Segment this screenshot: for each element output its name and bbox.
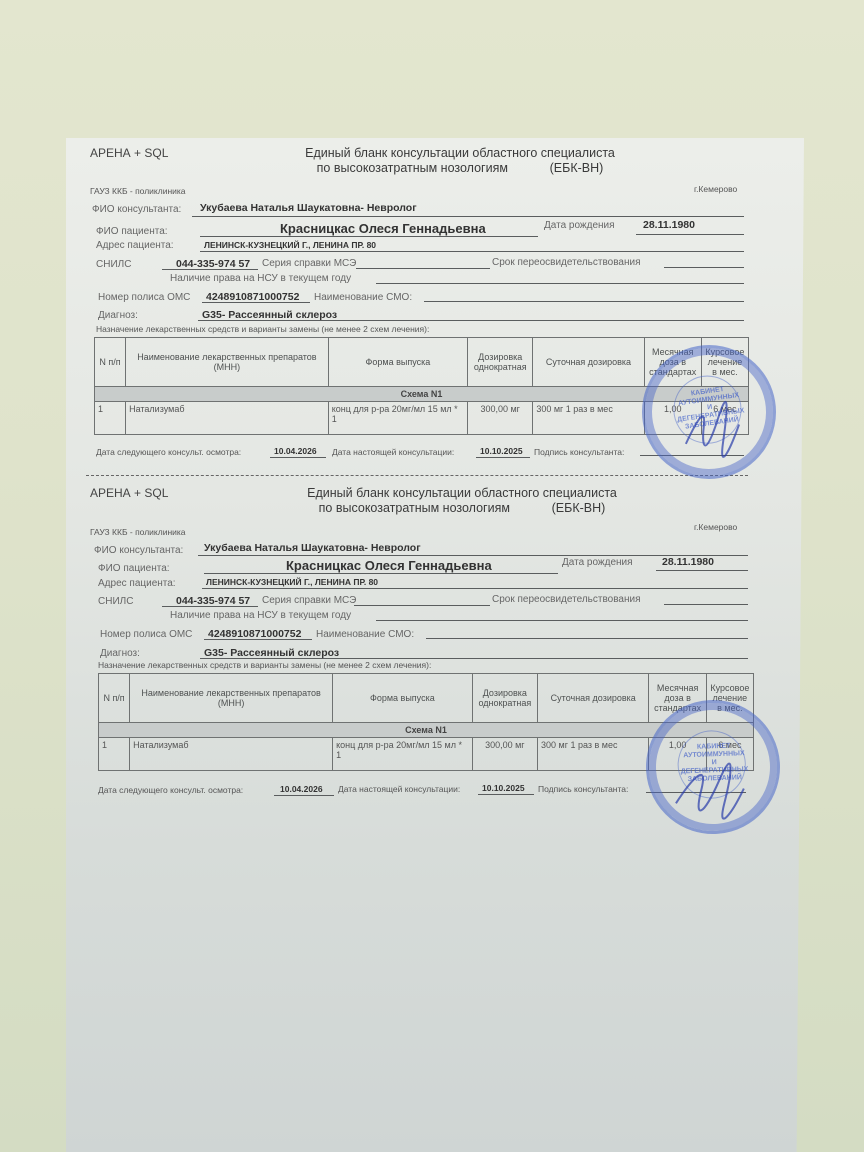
cell-single-dose: 300,00 мг — [468, 402, 533, 435]
birth-label: Дата рождения — [544, 220, 615, 231]
reexam-field[interactable] — [664, 604, 748, 605]
diagnosis-label: Диагноз: — [98, 310, 138, 321]
next-exam-value: 10.04.2026 — [274, 446, 317, 456]
prescription-caption: Назначение лекарственных средств и вариа… — [98, 660, 431, 670]
consultant-value: Укубаева Наталья Шаукатовна- Невролог — [200, 202, 417, 214]
patient-value: Красницкас Олеся Геннадьевна — [286, 558, 492, 573]
form-title: Единый бланк консультации областного спе… — [292, 486, 632, 516]
birth-underline — [656, 570, 748, 571]
snils-label: СНИЛС — [98, 596, 133, 607]
birth-value: 28.11.1980 — [662, 556, 714, 568]
birth-underline — [636, 234, 744, 235]
smo-field[interactable] — [424, 301, 744, 302]
cell-release-form: конц для р-ра 20мг/мл 15 мл * 1 — [333, 738, 473, 771]
diagnosis-label: Диагноз: — [100, 648, 140, 659]
prescription-caption: Назначение лекарственных средств и вариа… — [96, 324, 429, 334]
next-exam-underline — [274, 795, 334, 796]
cell-daily-dose: 300 мг 1 раз в мес — [533, 402, 644, 435]
patient-label: ФИО пациента: — [96, 226, 168, 237]
patient-label: ФИО пациента: — [98, 563, 170, 574]
mse-label: Серия справки МСЭ — [262, 258, 356, 269]
mse-field[interactable] — [354, 605, 490, 606]
col-header-release-form: Форма выпуска — [333, 674, 473, 723]
oms-label: Номер полиса ОМС — [98, 292, 190, 303]
nsu-field[interactable] — [376, 620, 748, 621]
col-header-single-dose: Дозировка однократная — [472, 674, 537, 723]
form-title: Единый бланк консультации областного спе… — [290, 146, 630, 176]
paper-sheet — [66, 138, 804, 1152]
col-header-drug-name: Наименование лекарственных препаратов (М… — [130, 674, 333, 723]
cell-drug-name: Натализумаб — [130, 738, 333, 771]
table-header-row: N п/п Наименование лекарственных препара… — [99, 674, 754, 723]
current-consult-value: 10.10.2025 — [480, 446, 523, 456]
address-label: Адрес пациента: — [96, 240, 174, 251]
form-title-line2: по высокозатратным нозологиям (ЕБК-ВН) — [292, 501, 632, 516]
nsu-label: Наличие права на НСУ в текущем году — [170, 273, 351, 284]
cut-line — [86, 475, 748, 476]
cell-single-dose: 300,00 мг — [472, 738, 537, 771]
consultant-value: Укубаева Наталья Шаукатовна- Невролог — [204, 542, 421, 554]
mse-label: Серия справки МСЭ — [262, 595, 356, 606]
form-code: (ЕБК-ВН) — [552, 501, 606, 515]
next-exam-value: 10.04.2026 — [280, 784, 323, 794]
cell-daily-dose: 300 мг 1 раз в мес — [537, 738, 649, 771]
form-title-line1: Единый бланк консультации областного спе… — [290, 146, 630, 161]
cell-drug-name: Натализумаб — [126, 402, 329, 435]
col-header-daily-dose: Суточная дозировка — [533, 338, 644, 387]
smo-label: Наименование СМО: — [316, 629, 414, 640]
app-name: АРЕНА + SQL — [90, 146, 168, 160]
oms-underline — [202, 302, 310, 303]
reexam-label: Срок переосвидетельствования — [492, 257, 641, 268]
nsu-field[interactable] — [376, 283, 744, 284]
next-exam-label: Дата следующего консульт. осмотра: — [96, 447, 241, 457]
institution: ГАУЗ ККБ - поликлиника — [90, 527, 186, 537]
city: г.Кемерово — [694, 184, 737, 194]
address-value: ЛЕНИНСК-КУЗНЕЦКИЙ Г., ЛЕНИНА ПР. 80 — [206, 577, 378, 587]
snils-underline — [162, 269, 258, 270]
current-consult-label: Дата настоящей консультации: — [332, 447, 454, 457]
oms-label: Номер полиса ОМС — [100, 629, 192, 640]
institution: ГАУЗ ККБ - поликлиника — [90, 186, 186, 196]
reexam-field[interactable] — [664, 267, 744, 268]
col-header-number: N п/п — [95, 338, 126, 387]
col-header-drug-name: Наименование лекарственных препаратов (М… — [126, 338, 329, 387]
nsu-label: Наличие права на НСУ в текущем году — [170, 610, 351, 621]
diagnosis-underline — [200, 658, 748, 659]
current-consult-value: 10.10.2025 — [482, 783, 525, 793]
next-exam-underline — [270, 457, 326, 458]
oms-underline — [204, 639, 312, 640]
patient-underline — [204, 573, 558, 574]
patient-underline — [200, 236, 538, 237]
signature-label: Подпись консультанта: — [538, 784, 628, 794]
reexam-label: Срок переосвидетельствования — [492, 594, 641, 605]
form-title-line2: по высокозатратным нозологиям (ЕБК-ВН) — [290, 161, 630, 176]
cell-number: 1 — [99, 738, 130, 771]
signature-label: Подпись консультанта: — [534, 447, 624, 457]
address-underline — [200, 251, 744, 252]
consultant-underline — [192, 216, 744, 217]
address-value: ЛЕНИНСК-КУЗНЕЦКИЙ Г., ЛЕНИНА ПР. 80 — [204, 240, 376, 250]
address-label: Адрес пациента: — [98, 578, 176, 589]
city: г.Кемерово — [694, 522, 737, 532]
consultant-label: ФИО консультанта: — [94, 545, 183, 556]
cell-number: 1 — [95, 402, 126, 435]
patient-value: Красницкас Олеся Геннадьевна — [280, 221, 486, 236]
snils-underline — [162, 606, 258, 607]
app-name: АРЕНА + SQL — [90, 486, 168, 500]
current-consult-underline — [478, 794, 534, 795]
smo-label: Наименование СМО: — [314, 292, 412, 303]
cell-release-form: конц для р-ра 20мг/мл 15 мл * 1 — [328, 402, 467, 435]
birth-value: 28.11.1980 — [643, 219, 695, 231]
col-header-single-dose: Дозировка однократная — [468, 338, 533, 387]
form-code: (ЕБК-ВН) — [550, 161, 604, 175]
diagnosis-underline — [198, 320, 744, 321]
birth-label: Дата рождения — [562, 557, 633, 568]
current-consult-label: Дата настоящей консультации: — [338, 784, 460, 794]
next-exam-label: Дата следующего консульт. осмотра: — [98, 785, 243, 795]
address-underline — [202, 588, 748, 589]
mse-field[interactable] — [356, 268, 490, 269]
col-header-daily-dose: Суточная дозировка — [537, 674, 649, 723]
col-header-release-form: Форма выпуска — [328, 338, 467, 387]
form-title-line1: Единый бланк консультации областного спе… — [292, 486, 632, 501]
current-consult-underline — [476, 457, 530, 458]
smo-field[interactable] — [426, 638, 748, 639]
col-header-number: N п/п — [99, 674, 130, 723]
consultant-label: ФИО консультанта: — [92, 204, 181, 215]
signature-scribble-icon — [633, 336, 785, 488]
snils-label: СНИЛС — [96, 259, 131, 270]
